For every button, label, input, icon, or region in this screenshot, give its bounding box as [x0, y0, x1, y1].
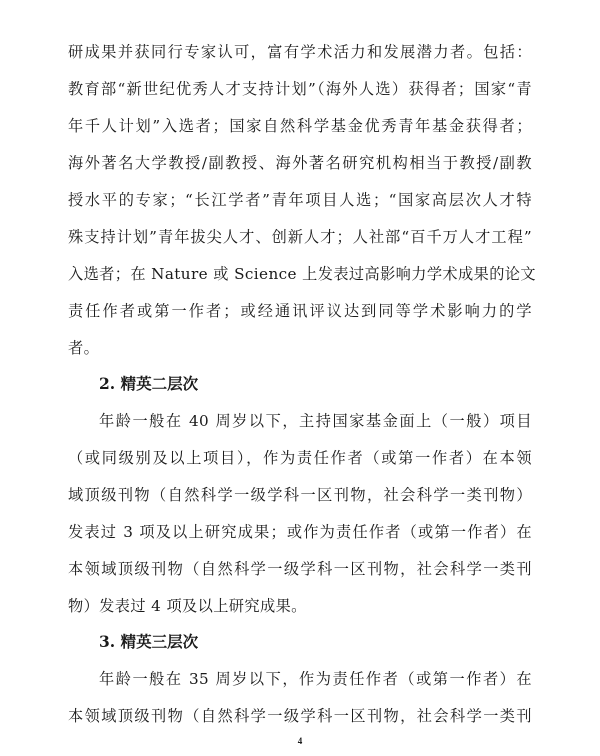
paragraph-line: 物）发表过 4 项及以上研究成果。 [68, 594, 532, 618]
section-heading-2: 2. 精英二层次 [99, 372, 198, 396]
paragraph-line: 授水平的专家；“长江学者”青年项目人选；“国家高层次人才特 [68, 188, 532, 212]
paragraph-line: 殊支持计划”青年拔尖人才、创新人才；人社部“百千万人才工程” [68, 225, 532, 249]
paragraph-line: 研成果并获同行专家认可，富有学术活力和发展潜力者。包括： [68, 40, 532, 64]
paragraph-line: 年龄一般在 40 周岁以下，主持国家基金面上（一般）项目 [99, 409, 532, 433]
paragraph-line: 者。 [68, 336, 532, 360]
paragraph-line: 年龄一般在 35 周岁以下，作为责任作者（或第一作者）在 [99, 667, 532, 691]
paragraph-line: （或同级别及以上项目），作为责任作者（或第一作者）在本领 [68, 446, 532, 470]
paragraph-line: 发表过 3 项及以上研究成果；或作为责任作者（或第一作者）在 [68, 520, 532, 544]
paragraph-line: 本领域顶级刊物（自然科学一级学科一区刊物，社会科学一类刊 [68, 704, 532, 728]
paragraph-line: 年千人计划”入选者；国家自然科学基金优秀青年基金获得者； [68, 114, 532, 138]
paragraph-line: 入选者；在 Nature 或 Science 上发表过高影响力学术成果的论文 [68, 262, 532, 286]
paragraph-line: 海外著名大学教授/副教授、海外著名研究机构相当于教授/副教 [68, 151, 532, 175]
page-number: 4 [0, 736, 600, 746]
paragraph-line: 责任作者或第一作者；或经通讯评议达到同等学术影响力的学 [68, 299, 532, 323]
section-heading-3: 3. 精英三层次 [99, 630, 198, 654]
paragraph-line: 教育部“新世纪优秀人才支持计划”（海外人选）获得者；国家“青 [68, 77, 532, 101]
document-page: 研成果并获同行专家认可，富有学术活力和发展潜力者。包括： 教育部“新世纪优秀人才… [0, 0, 600, 756]
paragraph-line: 域顶级刊物（自然科学一级学科一区刊物，社会科学一类刊物） [68, 483, 532, 507]
paragraph-line: 本领域顶级刊物（自然科学一级学科一区刊物，社会科学一类刊 [68, 557, 532, 581]
